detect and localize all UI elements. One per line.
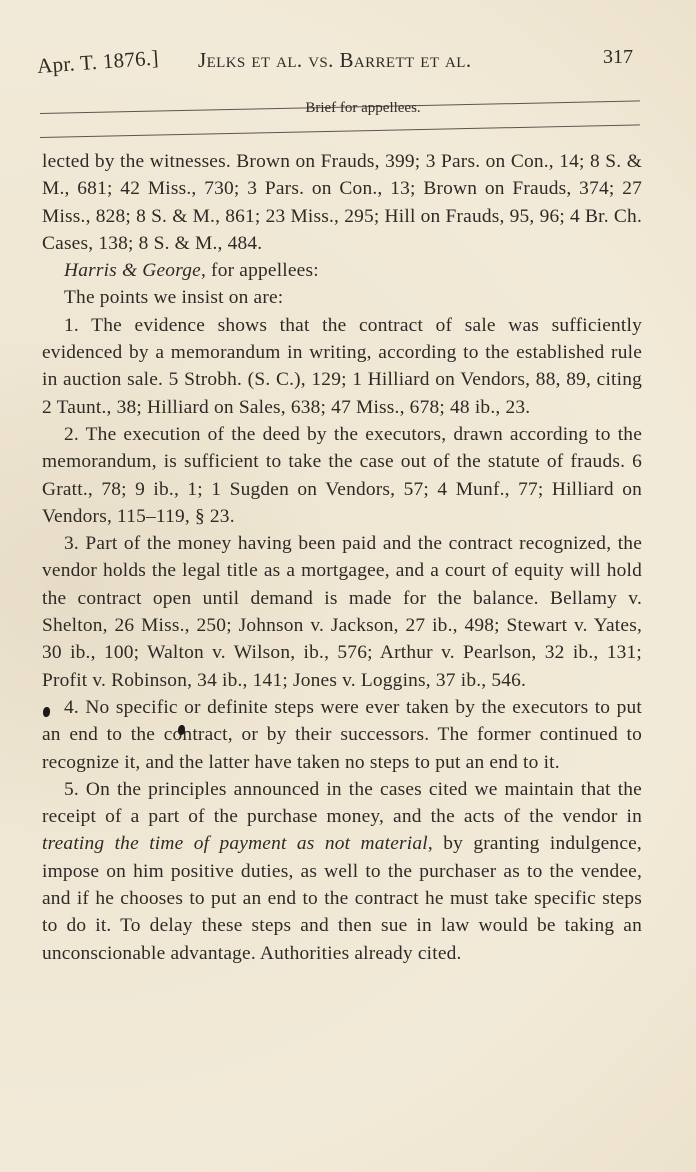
point-4: 4. No specific or definite steps were ev…: [42, 694, 642, 776]
ink-blot: [178, 725, 185, 735]
case-title: Jelks et al. vs. Barrett et al.: [198, 48, 471, 73]
intro-line: The points we insist on are:: [42, 284, 642, 311]
counsel-role: , for appellees:: [201, 260, 319, 281]
section-subheading: Brief for appellees.: [0, 100, 696, 117]
point-5-start: 5. On the principles announced in the ca…: [42, 779, 642, 827]
page-number: 317: [603, 46, 633, 69]
continuation-paragraph: lected by the witnesses. Brown on Frauds…: [42, 148, 642, 257]
point-5: 5. On the principles announced in the ca…: [42, 776, 642, 967]
counsel-names: Harris & George: [64, 260, 201, 281]
body-text: lected by the witnesses. Brown on Frauds…: [42, 148, 642, 967]
point-3: 3. Part of the money having been paid an…: [42, 530, 642, 694]
running-head: Apr. T. 1876.] Jelks et al. vs. Barrett …: [38, 44, 638, 84]
ink-blot: [43, 707, 50, 717]
point-1: 1. The evidence shows that the contract …: [42, 312, 642, 421]
point-5-italic: treating the time of payment as not mate…: [42, 833, 428, 854]
header-rule-bottom: [40, 124, 640, 138]
term-label: Apr. T. 1876.]: [36, 46, 159, 79]
point-2: 2. The execution of the deed by the exec…: [42, 421, 642, 530]
book-page: Apr. T. 1876.] Jelks et al. vs. Barrett …: [0, 0, 696, 1172]
counsel-line: Harris & George, for appellees:: [42, 257, 642, 284]
